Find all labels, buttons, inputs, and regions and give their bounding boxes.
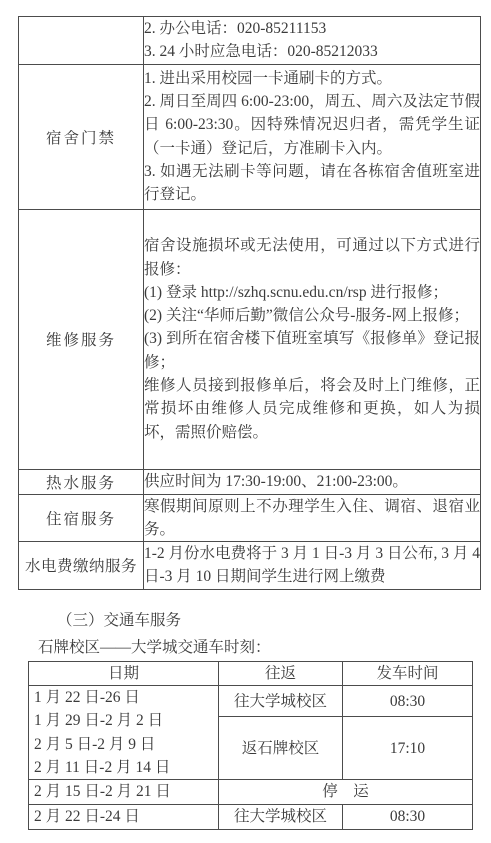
service-content-utilities-payment: 1-2 月份水电费将于 3 月 1 日-3 月 3 日公布, 3 月 4 日-3… [144, 542, 481, 590]
date-range: 2 月 15 日-2 月 21 日 [29, 780, 219, 805]
accommodation-item: 寒假期间原则上不办理学生入住、调宿、退宿业务。 [144, 495, 480, 542]
date-range: 1 月 29 日-2 月 2 日 [34, 709, 218, 732]
table-row: 2. 办公电话：020-85211153 3. 24 小时应急电话：020-85… [19, 17, 481, 65]
emergency-phone-line: 3. 24 小时应急电话：020-85212033 [144, 40, 480, 63]
door-access-item: 2. 周日至周四 6:00-23:00，周五、周六及法定节假日 6:00-23:… [144, 90, 480, 160]
sub-heading-bus-schedule: 石牌校区——大学城交通车时刻： [38, 636, 271, 660]
table-row: 水电费缴纳服务 1-2 月份水电费将于 3 月 1 日-3 月 3 日公布, 3… [19, 542, 481, 590]
repair-item: 维修人员接到报修单后，将会及时上门维修，正常损坏由维修人员完成维修和更换，如人为… [144, 374, 480, 444]
service-label-empty [19, 17, 144, 65]
direction-cell: 往大学城校区 [219, 805, 343, 830]
service-label-door-access: 宿舍门禁 [19, 64, 144, 209]
service-label-accommodation: 住宿服务 [19, 494, 144, 542]
repair-item: (2) 关注“华师后勤”微信公众号-服务-网上报修； [144, 304, 480, 327]
bus-row-outbound-2: 2 月 22 日-24 日 往大学城校区 08:30 [29, 805, 473, 830]
service-content-hot-water: 供应时间为 17:30-19:00、21:00-23:00。 [144, 469, 481, 494]
time-cell: 17:10 [343, 717, 473, 780]
date-range: 2 月 11 日-2 月 14 日 [34, 756, 218, 779]
date-range: 2 月 5 日-2 月 9 日 [34, 733, 218, 756]
service-content-phones: 2. 办公电话：020-85211153 3. 24 小时应急电话：020-85… [144, 17, 481, 65]
repair-item-url: (1) 登录 http://szhq.scnu.edu.cn/rsp 进行报修； [144, 281, 480, 304]
office-phone-line: 2. 办公电话：020-85211153 [144, 17, 480, 40]
service-content-repair: 宿舍设施损坏或无法使用，可通过以下方式进行报修： (1) 登录 http://s… [144, 209, 481, 469]
bus-schedule-table: 日期 往返 发车时间 1 月 22 日-26 日 1 月 29 日-2 月 2 … [28, 661, 473, 830]
table-row: 住宿服务 寒假期间原则上不办理学生入住、调宿、退宿业务。 [19, 494, 481, 542]
suspended-status-cell: 停 运 [219, 780, 473, 805]
direction-cell: 返石牌校区 [219, 717, 343, 780]
service-label-utilities-payment: 水电费缴纳服务 [19, 542, 144, 590]
bus-row-suspended: 2 月 15 日-2 月 21 日 停 运 [29, 780, 473, 805]
column-header-direction: 往返 [219, 662, 343, 686]
repair-item: 宿舍设施损坏或无法使用，可通过以下方式进行报修： [144, 234, 480, 281]
repair-item: (3) 到所在宿舍楼下值班室填写《报修单》登记报修； [144, 327, 480, 374]
door-access-item: 1. 进出采用校园一卡通刷卡的方式。 [144, 67, 480, 90]
time-cell: 08:30 [343, 686, 473, 717]
service-content-door-access: 1. 进出采用校园一卡通刷卡的方式。 2. 周日至周四 6:00-23:00，周… [144, 64, 481, 209]
section-heading-transport: （三）交通车服务 [57, 609, 181, 633]
hot-water-item: 供应时间为 17:30-19:00、21:00-23:00。 [144, 470, 480, 493]
bus-header-row: 日期 往返 发车时间 [29, 662, 473, 686]
service-label-hot-water: 热水服务 [19, 469, 144, 494]
column-header-date: 日期 [29, 662, 219, 686]
service-content-accommodation: 寒假期间原则上不办理学生入住、调宿、退宿业务。 [144, 494, 481, 542]
time-cell: 08:30 [343, 805, 473, 830]
table-row: 宿舍门禁 1. 进出采用校园一卡通刷卡的方式。 2. 周日至周四 6:00-23… [19, 64, 481, 209]
direction-cell: 往大学城校区 [219, 686, 343, 717]
date-group-cell: 1 月 22 日-26 日 1 月 29 日-2 月 2 日 2 月 5 日-2… [29, 686, 219, 780]
date-range: 1 月 22 日-26 日 [34, 686, 218, 709]
table-row: 维修服务 宿舍设施损坏或无法使用，可通过以下方式进行报修： (1) 登录 htt… [19, 209, 481, 469]
bus-row-outbound: 1 月 22 日-26 日 1 月 29 日-2 月 2 日 2 月 5 日-2… [29, 686, 473, 717]
column-header-departure-time: 发车时间 [343, 662, 473, 686]
dorm-services-table: 2. 办公电话：020-85211153 3. 24 小时应急电话：020-85… [18, 16, 481, 590]
table-row: 热水服务 供应时间为 17:30-19:00、21:00-23:00。 [19, 469, 481, 494]
door-access-item: 3. 如遇无法刷卡等问题，请在各栋宿舍值班室进行登记。 [144, 160, 480, 207]
service-label-repair: 维修服务 [19, 209, 144, 469]
utilities-payment-item: 1-2 月份水电费将于 3 月 1 日-3 月 3 日公布, 3 月 4 日-3… [144, 542, 480, 589]
date-range: 2 月 22 日-24 日 [29, 805, 219, 830]
document-page: 2. 办公电话：020-85211153 3. 24 小时应急电话：020-85… [0, 0, 491, 843]
